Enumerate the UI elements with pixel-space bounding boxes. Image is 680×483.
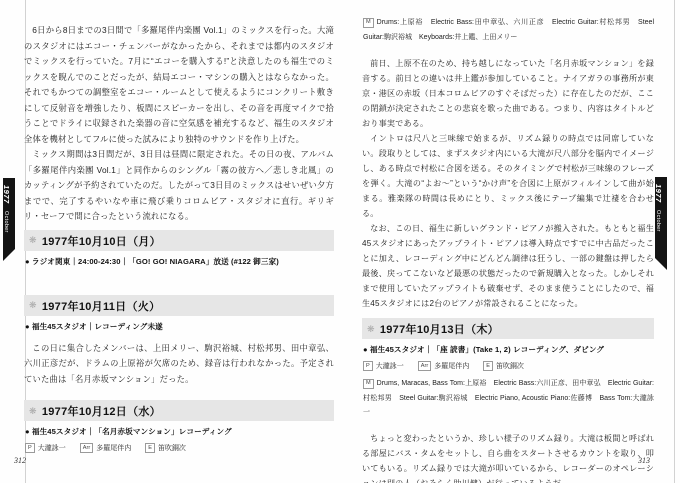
event-line: ● 福生45スタジオ｜「座 読書」(Take 1, 2) レコーディング、ダビン…	[363, 344, 654, 355]
tab-month-label: October	[3, 211, 9, 233]
credit-arranger: Arr 多羅尾伴内	[80, 443, 131, 453]
credit-arranger: Arr 多羅尾伴内	[418, 361, 469, 371]
book-spread: 1977 October 1977 October 6日から8日までの3日間で「…	[0, 0, 680, 483]
credit-name: 大瀧詠一	[376, 361, 404, 371]
body-paragraph: ちょっと変わったというか、珍しい様子のリズム録り。大滝は板間と呼ばれる部屋にバス…	[362, 431, 654, 483]
body-paragraph: 6日から8日までの3日間で「多羅尾伴内楽團 Vol.1」のミックスを行った。大滝…	[24, 23, 334, 147]
musicians-line: MDrums:上原裕 Electric Bass:田中章弘、六川正彦 Elect…	[363, 16, 654, 45]
credit-producer: P 大瀧詠一	[25, 443, 66, 453]
date-heading-oct13: ❋ 1977年10月13日（木）	[362, 318, 654, 339]
date-heading-oct11: ❋ 1977年10月11日（火）	[24, 295, 334, 316]
credit-tag: P	[25, 443, 35, 453]
left-page: 6日から8日までの3日間で「多羅尾伴内楽團 Vol.1」のミックスを行った。大滝…	[24, 12, 334, 453]
credit-name: 多羅尾伴内	[434, 361, 469, 371]
musicians-text: Drums, Maracas, Bass Tom:上原裕 Electric Ba…	[363, 380, 654, 416]
credit-name: 大瀧詠一	[38, 443, 66, 453]
musicians-text: Drums:上原裕 Electric Bass:田中章弘、六川正彦 Electr…	[363, 19, 654, 41]
body-paragraph: イントロは尺八と三味線で始まるが、リズム録りの時点では同席していない。段取りとし…	[362, 131, 654, 221]
snowflake-marker-icon: ❋	[367, 324, 375, 335]
chapter-tab-left: 1977 October	[3, 178, 15, 261]
chapter-tab-right: 1977 October	[655, 177, 667, 270]
snowflake-marker-icon: ❋	[29, 300, 37, 311]
credit-name: 笛吹銅次	[496, 361, 524, 371]
tab-month-label: October	[655, 210, 661, 232]
credit-engineer: E 笛吹銅次	[145, 443, 186, 453]
date-heading-label: 1977年10月10日（月）	[42, 233, 161, 249]
credit-tag: E	[145, 443, 155, 453]
musicians-line: MDrums, Maracas, Bass Tom:上原裕 Electric B…	[363, 377, 654, 421]
tab-year-label: 1977	[654, 184, 663, 203]
credit-tag: Arr	[80, 443, 93, 453]
snowflake-marker-icon: ❋	[29, 406, 37, 417]
credit-name: 多羅尾伴内	[96, 443, 131, 453]
right-page: MDrums:上原裕 Electric Bass:田中章弘、六川正彦 Elect…	[362, 12, 654, 483]
body-paragraph: 前日、上原不在のため、持ち越しになっていた「名月赤坂マンション」を録音する。前日…	[362, 56, 654, 131]
credit-tag: E	[483, 361, 493, 371]
credit-tag: M	[363, 18, 374, 28]
right-page-edge	[674, 0, 675, 483]
event-line: ● 福生45スタジオ｜レコーディング未遂	[25, 321, 334, 332]
credit-tag: P	[363, 361, 373, 371]
date-heading-label: 1977年10月11日（火）	[42, 298, 161, 314]
page-number-left: 312	[14, 456, 26, 465]
credit-tag: M	[363, 379, 374, 389]
event-line: ● 福生45スタジオ｜「名月赤坂マンション」レコーディング	[25, 426, 334, 437]
date-heading-oct10: ❋ 1977年10月10日（月）	[24, 230, 334, 251]
body-paragraph: なお、この日、福生に新しいグランド・ピアノが搬入された。もともと福生45スタジオ…	[362, 221, 654, 311]
event-line: ● ラジオ関東｜24:00-24:30｜「GO! GO! NIAGARA」放送 …	[25, 256, 334, 267]
body-paragraph: この日に集合したメンバーは、上田メリー、駒沢裕城、村松邦男、田中章弘、六川正彦だ…	[24, 341, 334, 388]
credit-producer: P 大瀧詠一	[363, 361, 404, 371]
credits-row: P 大瀧詠一 Arr 多羅尾伴内 E 笛吹銅次	[363, 361, 654, 371]
credit-name: 笛吹銅次	[158, 443, 186, 453]
credits-row: P 大瀧詠一 Arr 多羅尾伴内 E 笛吹銅次	[25, 443, 334, 453]
snowflake-marker-icon: ❋	[29, 235, 37, 246]
date-heading-label: 1977年10月12日（水）	[42, 403, 161, 419]
date-heading-oct12: ❋ 1977年10月12日（水）	[24, 400, 334, 421]
page-number-right: 313	[638, 456, 650, 465]
credit-tag: Arr	[418, 361, 431, 371]
credit-engineer: E 笛吹銅次	[483, 361, 524, 371]
body-paragraph: ミックス期間は3日間だが、3日目は昼間に限定された。その日の夜、アルバム「多羅尾…	[24, 147, 334, 225]
date-heading-label: 1977年10月13日（木）	[380, 321, 499, 337]
tab-year-label: 1977	[2, 185, 11, 204]
